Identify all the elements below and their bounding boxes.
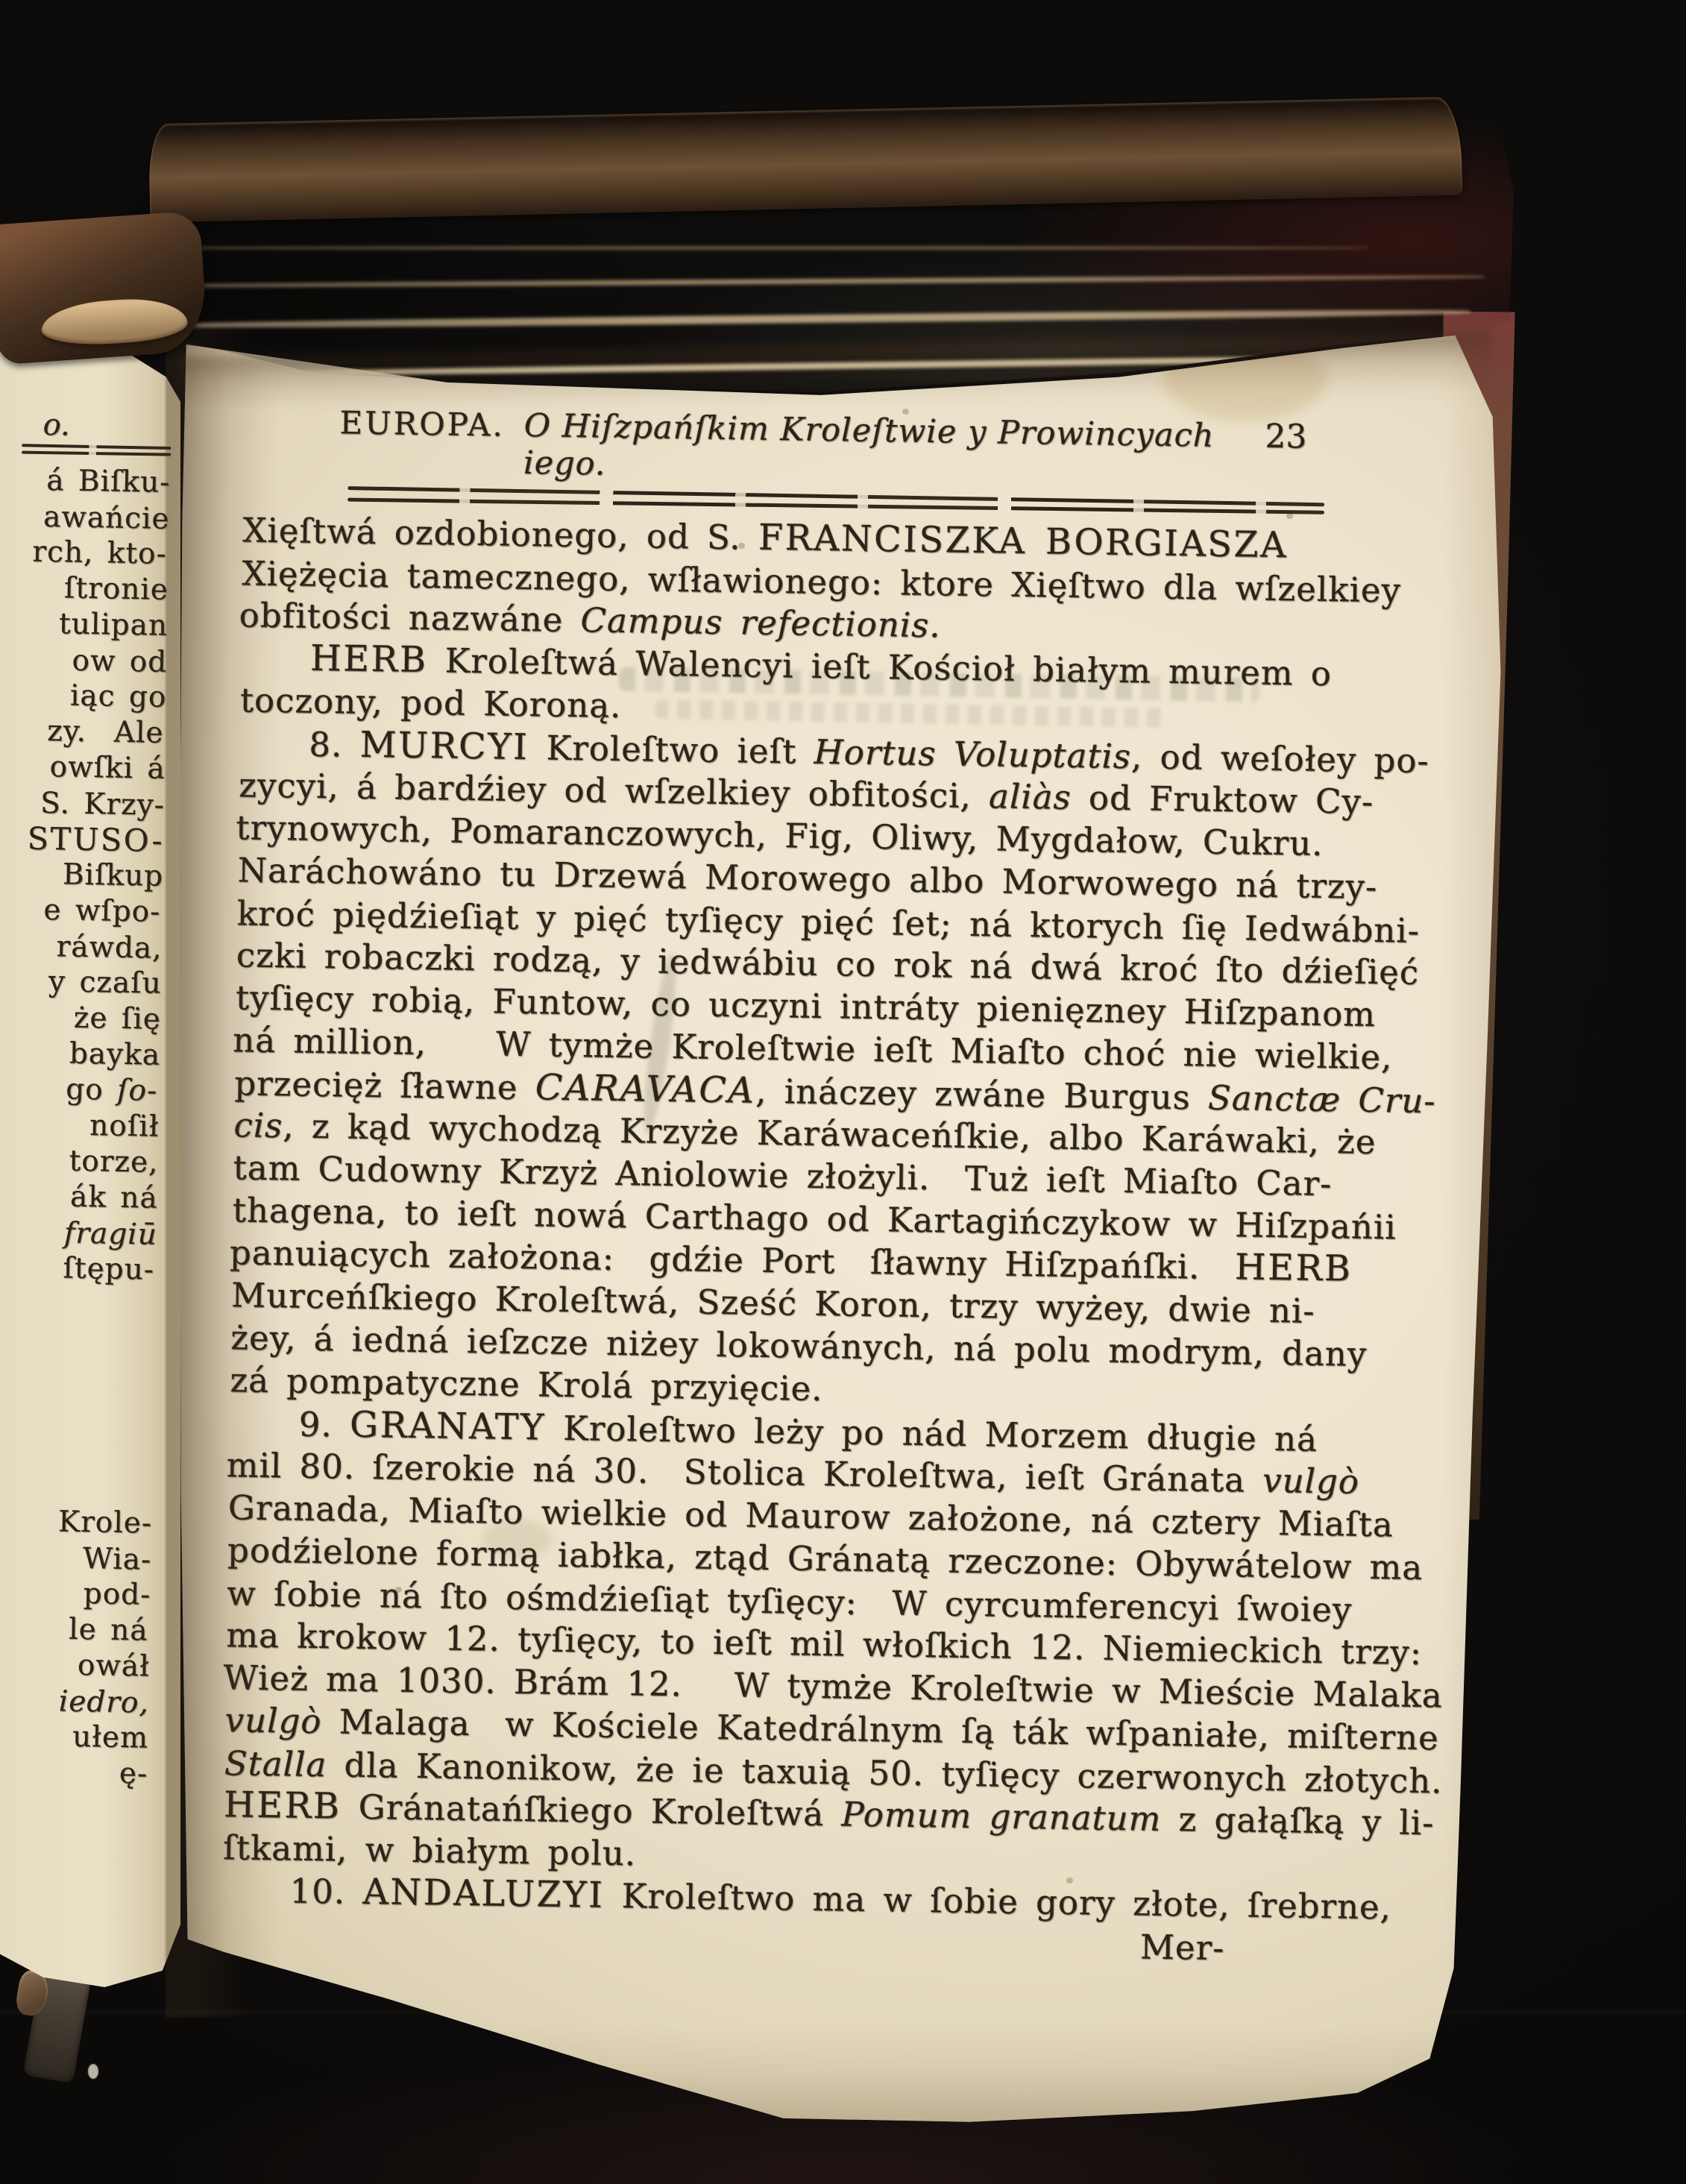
text-segment: á Biſku- bbox=[46, 464, 171, 500]
text-segment: Krole- bbox=[58, 1505, 153, 1540]
running-header-title: O Hiſzpańſkim Kroleſtwie y Prowincyach i… bbox=[523, 407, 1265, 493]
text-segment: ſo- bbox=[117, 1074, 158, 1108]
text-segment: od Fruktow Cy- bbox=[1071, 778, 1374, 822]
text-segment: iąc go bbox=[70, 679, 167, 714]
text-segment: HERB bbox=[1235, 1247, 1353, 1289]
text-segment: owſki á bbox=[49, 750, 166, 786]
text-segment: , od weſołey po- bbox=[1131, 737, 1430, 781]
text-segment: zy. Ale bbox=[47, 714, 164, 750]
text-segment: bayka bbox=[69, 1037, 161, 1072]
text-segment: Kroleſtwo ieſt bbox=[529, 728, 814, 772]
text-segment: że ſię bbox=[74, 1001, 162, 1036]
page-number: 23 bbox=[1265, 418, 1307, 456]
text-line: ráwda, bbox=[2, 928, 173, 967]
text-line: zy. Ale bbox=[4, 713, 174, 752]
text-segment: ſtkami, w białym polu. bbox=[223, 1828, 637, 1873]
text-line: ę- bbox=[0, 1754, 159, 1793]
text-segment: awańcie bbox=[43, 500, 170, 536]
text-segment: Sanctæ Cru- bbox=[1208, 1078, 1436, 1121]
text-line: Biſkup bbox=[4, 856, 174, 895]
text-segment: owáł bbox=[78, 1649, 151, 1684]
text-segment: ow od bbox=[72, 644, 167, 679]
text-line: że ſię bbox=[1, 999, 172, 1038]
text-line: Wia- bbox=[0, 1540, 163, 1579]
text-segment: tulipan bbox=[59, 607, 169, 643]
text-line: Krole- bbox=[0, 1503, 163, 1542]
text-segment: toczony, pod Koroną. bbox=[240, 680, 622, 726]
text-segment: Pomum granatum bbox=[841, 1794, 1162, 1838]
text-line: owáł bbox=[0, 1646, 160, 1685]
text-segment: e wſpo- bbox=[43, 893, 161, 929]
gutter-shadow bbox=[166, 327, 259, 2018]
page-edge-streak bbox=[122, 246, 1369, 250]
curled-page-corner bbox=[0, 210, 209, 365]
text-line: ſtronie bbox=[9, 570, 180, 608]
text-segment: CARAVACA bbox=[535, 1067, 755, 1111]
curled-page-corner-lip bbox=[40, 295, 189, 349]
text-segment: rch, kto- bbox=[32, 535, 167, 571]
text-line: pod- bbox=[0, 1575, 162, 1614]
text-line: ſtępu- bbox=[0, 1250, 165, 1288]
text-segment: HERB bbox=[310, 638, 428, 681]
text-line: S. Krzy- bbox=[5, 785, 176, 824]
text-line bbox=[0, 1285, 167, 1506]
running-header: EUROPA. O Hiſzpańſkim Kroleſtwie y Prowi… bbox=[244, 402, 1460, 495]
text-line: iedro, bbox=[0, 1683, 160, 1722]
text-segment: STUSO- bbox=[27, 821, 164, 859]
text-segment: S. Krzy- bbox=[40, 787, 165, 822]
text-segment: Wia- bbox=[83, 1542, 152, 1577]
running-header-section: EUROPA. bbox=[339, 404, 505, 443]
text-segment: pod- bbox=[83, 1577, 151, 1612]
text-line: á Biſku- bbox=[10, 462, 181, 501]
text-line: iąc go bbox=[7, 677, 177, 716]
text-segment: FRANCISZKA BORGIASZA bbox=[758, 517, 1289, 567]
text-segment: vulgò bbox=[1262, 1461, 1359, 1502]
text-line: owſki á bbox=[5, 749, 176, 787]
text-segment: Xięſtwá ozdobionego, od S. bbox=[242, 510, 758, 557]
text-segment: Mer- bbox=[1140, 1927, 1225, 1968]
text-line: STUSO- bbox=[4, 820, 175, 859]
text-line: awańcie bbox=[10, 499, 180, 538]
text-segment: ák ná bbox=[70, 1180, 158, 1215]
page-bottom-shading bbox=[172, 2023, 1510, 2127]
text-line: ow od bbox=[7, 642, 178, 681]
photo-background: o. á Biſku-awańcierch, kto-ſtronietulipa… bbox=[0, 0, 1686, 2184]
page-text-block: EUROPA. O Hiſzpańſkim Kroleſtwie y Prowi… bbox=[221, 402, 1460, 1971]
text-segment: ſtępu- bbox=[63, 1252, 154, 1287]
page-edge-streak bbox=[151, 308, 1470, 330]
text-segment: Biſkup bbox=[63, 857, 164, 893]
text-line: y czaſu bbox=[1, 963, 172, 1002]
body-text-lines: Xięſtwá ozdobionego, od S. FRANCISZKA BO… bbox=[221, 509, 1459, 1971]
text-segment: z gałąſką y li- bbox=[1161, 1799, 1435, 1842]
left-page-header-fragment: o. bbox=[11, 407, 182, 444]
paper-fleck bbox=[88, 2064, 98, 2079]
text-segment: y czaſu bbox=[48, 965, 162, 1001]
text-line: torze, bbox=[0, 1142, 169, 1181]
text-segment: Campus refectionis. bbox=[580, 600, 941, 645]
text-segment: przecięż ſławne bbox=[234, 1063, 535, 1107]
text-line: ułem bbox=[0, 1718, 159, 1757]
text-segment: le ná bbox=[69, 1613, 148, 1648]
text-line: ák ná bbox=[0, 1178, 169, 1217]
text-line: bayka bbox=[1, 1035, 172, 1074]
left-page-fragment-lines: á Biſku-awańcierch, kto-ſtronietulipanow… bbox=[0, 462, 181, 1793]
left-page-header-rule bbox=[22, 443, 171, 457]
text-segment: torze, bbox=[69, 1145, 159, 1180]
text-segment: noſił bbox=[89, 1109, 160, 1144]
text-segment: fragiū bbox=[64, 1217, 158, 1252]
text-line: noſił bbox=[0, 1107, 170, 1145]
text-segment: MURCYI bbox=[359, 725, 529, 768]
text-segment: GRANATY bbox=[350, 1405, 547, 1449]
text-segment: ANDALUZYI bbox=[362, 1872, 605, 1916]
text-segment: ráwda, bbox=[56, 930, 163, 965]
text-segment: aliàs bbox=[989, 776, 1072, 817]
left-page-sliver: o. á Biſku-awańcierch, kto-ſtronietulipa… bbox=[0, 336, 180, 1987]
text-segment: Gránatańſkiego Kroleſtwá bbox=[341, 1787, 842, 1834]
book-page: EUROPA. O Hiſzpańſkim Kroleſtwie y Prowi… bbox=[172, 319, 1510, 2127]
text-line: rch, kto- bbox=[7, 534, 177, 573]
text-line: tulipan bbox=[8, 605, 179, 644]
text-segment: ſtronie bbox=[64, 571, 169, 606]
text-segment: Hortus Voluptatis bbox=[814, 732, 1131, 776]
text-line: e wſpo- bbox=[1, 892, 172, 931]
text-line: go ſo- bbox=[0, 1071, 169, 1110]
text-segment: iedro, bbox=[58, 1685, 149, 1720]
page-edge-streak bbox=[107, 274, 1485, 289]
text-line: fragiū bbox=[0, 1215, 168, 1253]
text-segment: ułem bbox=[72, 1720, 149, 1755]
text-segment: ę- bbox=[119, 1757, 148, 1791]
left-page-text-column: o. á Biſku-awańcierch, kto-ſtronietulipa… bbox=[0, 407, 182, 1793]
text-line: le ná bbox=[0, 1611, 159, 1649]
text-segment: zá pompatyczne Krolá przyięcie. bbox=[230, 1360, 823, 1409]
text-segment: , ináczey zwáne Burgus bbox=[755, 1071, 1209, 1118]
text-segment: go bbox=[66, 1073, 118, 1107]
text-segment: obfitości nazwáne bbox=[239, 595, 581, 640]
